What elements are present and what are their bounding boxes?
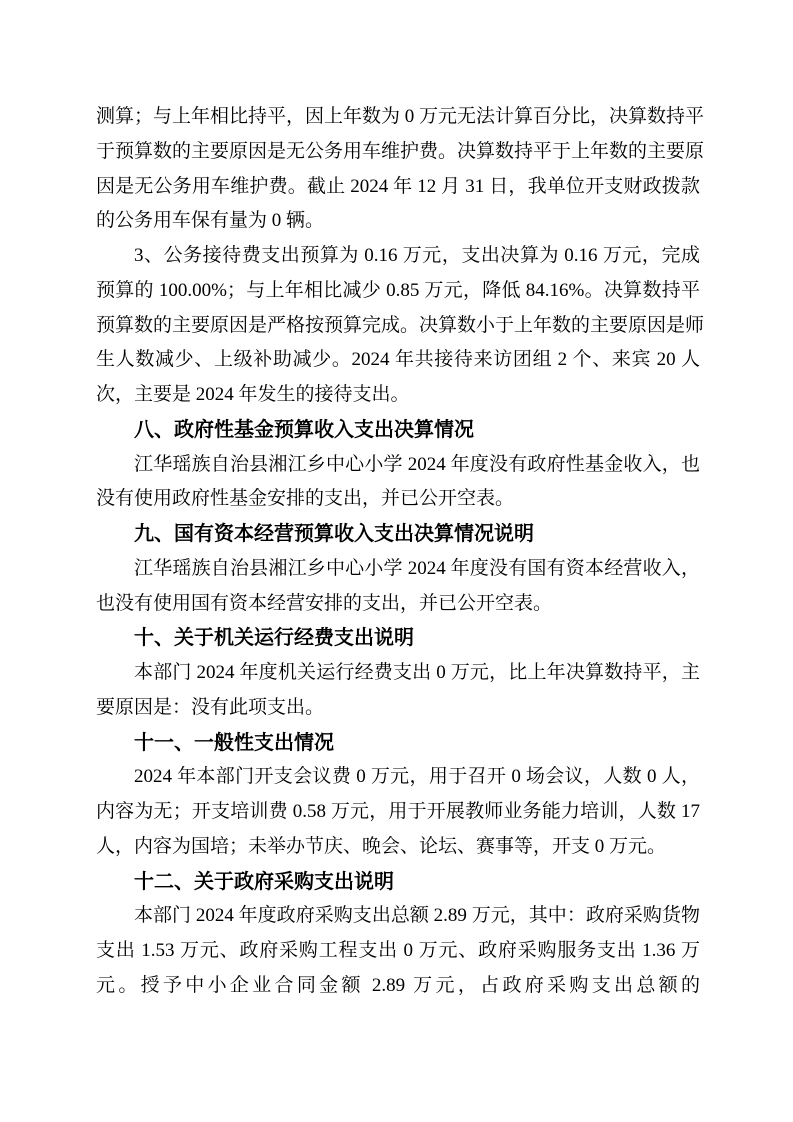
text-line: 也没有使用国有资本经营安排的支出，并已公开空表。 bbox=[96, 587, 700, 622]
text-line: 于预算数的主要原因是无公务用车维护费。决算数持平于上年数的主要原 bbox=[96, 135, 700, 170]
text-line: 测算；与上年相比持平，因上年数为 0 万元无法计算百分比，决算数持平 bbox=[96, 100, 700, 135]
document-page: 测算；与上年相比持平，因上年数为 0 万元无法计算百分比，决算数持平于预算数的主… bbox=[0, 0, 793, 1122]
text-line: 预算数的主要原因是严格按预算完成。决算数小于上年数的主要原因是师 bbox=[96, 309, 700, 344]
text-line: 要原因是：没有此项支出。 bbox=[96, 691, 700, 726]
section-heading-9: 九、国有资本经营预算收入支出决算情况说明 bbox=[96, 517, 700, 552]
section-heading-8: 八、政府性基金预算收入支出决算情况 bbox=[96, 413, 700, 448]
text-line: 支出 1.53 万元、政府采购工程支出 0 万元、政府采购服务支出 1.36 万 bbox=[96, 934, 700, 969]
text-line: 次，主要是 2024 年发生的接待支出。 bbox=[96, 378, 700, 413]
section-heading-11: 十一、一般性支出情况 bbox=[96, 726, 700, 761]
text-line: 没有使用政府性基金安排的支出，并已公开空表。 bbox=[96, 482, 700, 517]
text-line: 本部门 2024 年度机关运行经费支出 0 万元，比上年决算数持平，主 bbox=[96, 656, 700, 691]
text-line: 本部门 2024 年度政府采购支出总额 2.89 万元，其中：政府采购货物 bbox=[96, 899, 700, 934]
section-heading-10: 十、关于机关运行经费支出说明 bbox=[96, 621, 700, 656]
text-line: 的公务用车保有量为 0 辆。 bbox=[96, 204, 700, 239]
text-line: 元。授予中小企业合同金额 2.89 万元，占政府采购支出总额的 bbox=[96, 969, 700, 1004]
section-heading-12: 十二、关于政府采购支出说明 bbox=[96, 865, 700, 900]
text-line: 生人数减少、上级补助减少。2024 年共接待来访团组 2 个、来宾 20 人 bbox=[96, 343, 700, 378]
text-line: 3、公务接待费支出预算为 0.16 万元，支出决算为 0.16 万元，完成 bbox=[96, 239, 700, 274]
text-line: 江华瑶族自治县湘江乡中心小学 2024 年度没有国有资本经营收入， bbox=[96, 552, 700, 587]
text-line: 江华瑶族自治县湘江乡中心小学 2024 年度没有政府性基金收入，也 bbox=[96, 448, 700, 483]
text-line: 人，内容为国培；未举办节庆、晚会、论坛、赛事等，开支 0 万元。 bbox=[96, 830, 700, 865]
text-line: 内容为无；开支培训费 0.58 万元，用于开展教师业务能力培训，人数 17 bbox=[96, 795, 700, 830]
text-line: 2024 年本部门开支会议费 0 万元，用于召开 0 场会议，人数 0 人， bbox=[96, 760, 700, 795]
document-content: 测算；与上年相比持平，因上年数为 0 万元无法计算百分比，决算数持平于预算数的主… bbox=[96, 100, 700, 1004]
text-line: 因是无公务用车维护费。截止 2024 年 12 月 31 日，我单位开支财政拨款 bbox=[96, 170, 700, 205]
text-line: 预算的 100.00%；与上年相比减少 0.85 万元，降低 84.16%。决算… bbox=[96, 274, 700, 309]
